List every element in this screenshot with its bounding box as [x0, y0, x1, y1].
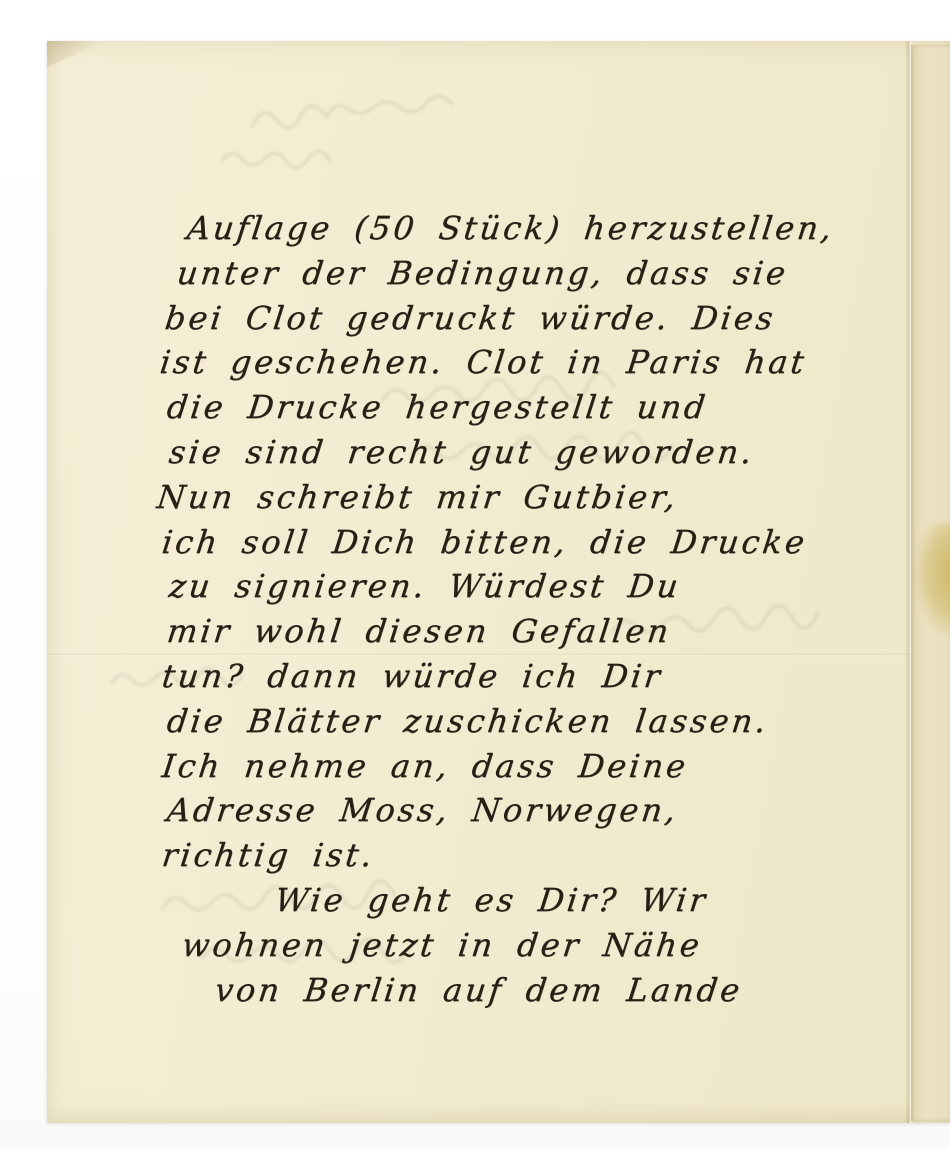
- letter-text-block: Auflage (50 Stück) herzustellen, unter d…: [154, 209, 934, 1015]
- scanned-letter-page: Auflage (50 Stück) herzustellen, unter d…: [0, 0, 950, 1149]
- letter-line: bei Clot gedruckt würde. Dies: [162, 299, 940, 344]
- letter-line: Nun schreibt mir Gutbier,: [154, 478, 940, 523]
- letter-line: richtig ist.: [159, 836, 940, 881]
- letter-line: Ich nehme an, dass Deine: [159, 747, 940, 792]
- letter-line: wohnen jetzt in der Nähe: [179, 926, 940, 971]
- letter-line: die Blätter zuschicken lassen.: [164, 702, 940, 747]
- letter-line: mir wohl diesen Gefallen: [164, 612, 940, 657]
- letter-line: von Berlin auf dem Lande: [212, 971, 940, 1016]
- letter-line: unter der Bedingung, dass sie: [174, 254, 940, 299]
- letter-line: tun? dann würde ich Dir: [159, 657, 940, 702]
- letter-line: Adresse Moss, Norwegen,: [164, 791, 940, 836]
- bleed-through-mark: [247, 89, 507, 129]
- stain: [915, 523, 950, 635]
- letter-line: Wie geht es Dir? Wir: [272, 881, 940, 926]
- letter-line: zu signieren. Würdest Du: [166, 567, 940, 612]
- letter-paper: Auflage (50 Stück) herzustellen, unter d…: [47, 41, 950, 1123]
- letter-line: die Drucke hergestellt und: [164, 388, 940, 433]
- letter-line: ist geschehen. Clot in Paris hat: [157, 343, 940, 388]
- letter-line: Auflage (50 Stück) herzustellen,: [184, 209, 940, 254]
- letter-line: ich soll Dich bitten, die Drucke: [159, 523, 940, 568]
- letter-line: sie sind recht gut geworden.: [166, 433, 940, 478]
- bleed-through-mark: [217, 143, 347, 173]
